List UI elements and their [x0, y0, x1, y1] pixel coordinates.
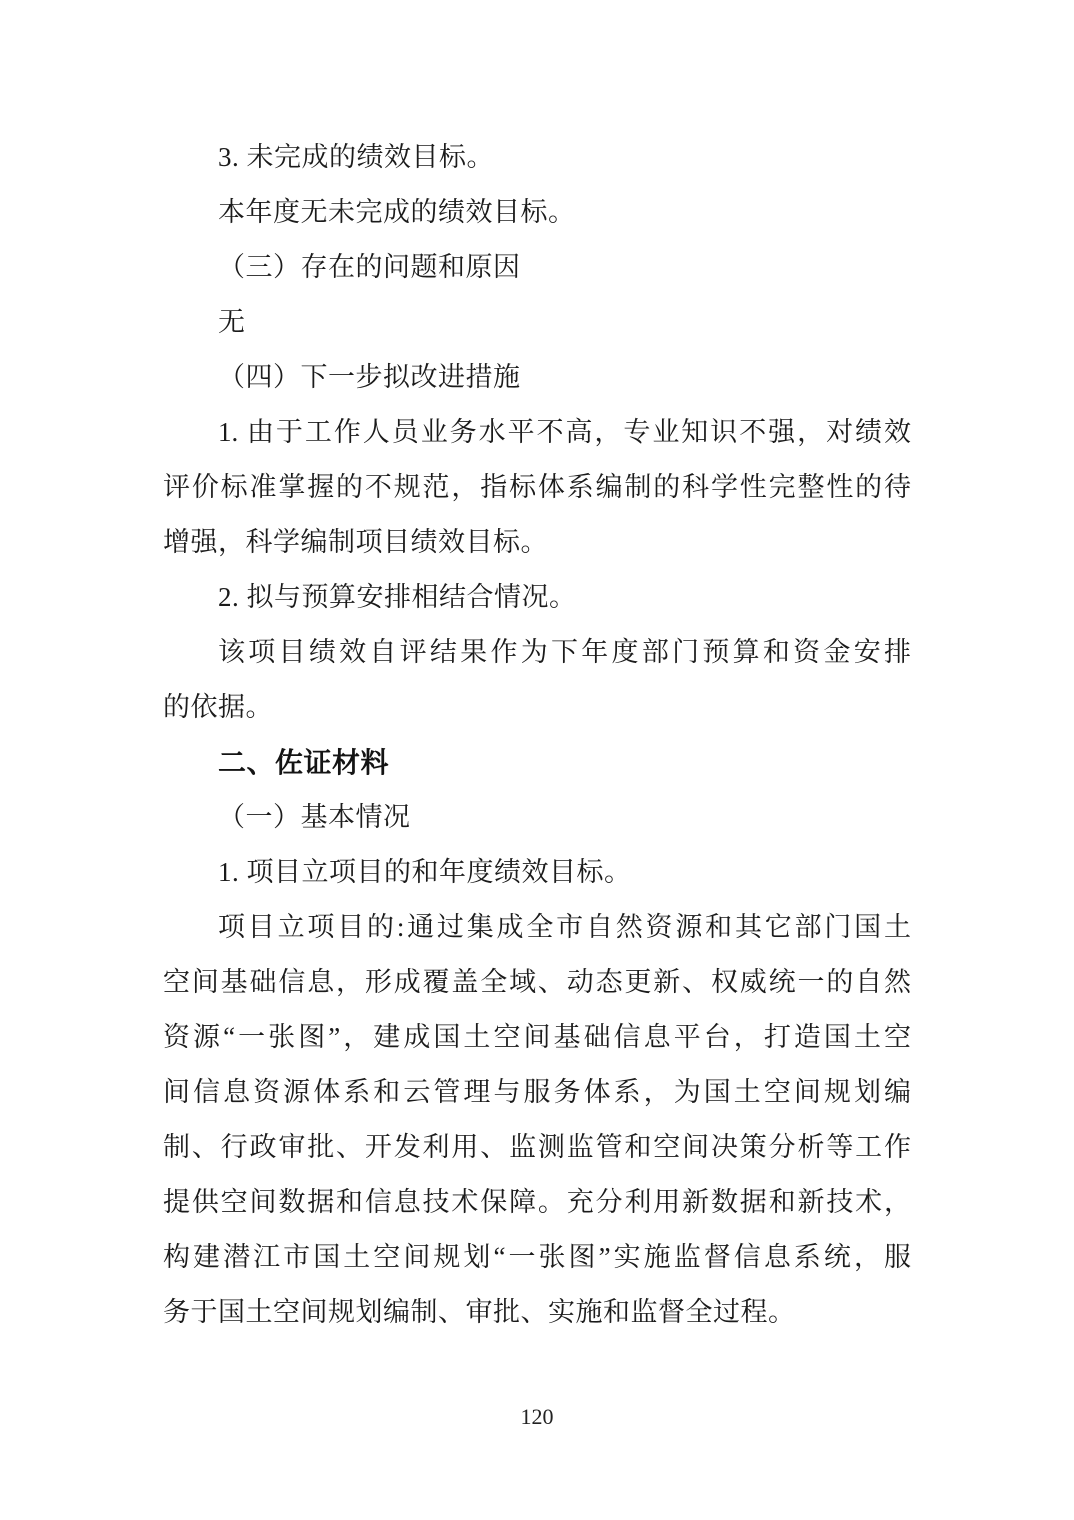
paragraph-line: 3. 未完成的绩效目标。 — [163, 130, 911, 185]
paragraph-line: 该项目绩效自评结果作为下年度部门预算和资金安排 — [163, 625, 911, 680]
paragraph-line: 提供空间数据和信息技术保障。充分利用新数据和新技术， — [163, 1175, 911, 1230]
paragraph-line: 1. 由于工作人员业务水平不高，专业知识不强，对绩效 — [163, 405, 911, 460]
subsection-heading-3: （三）存在的问题和原因 — [163, 240, 911, 295]
paragraph-line: 增强，科学编制项目绩效目标。 — [163, 515, 911, 570]
paragraph-line: 无 — [163, 295, 911, 350]
paragraph-line: 本年度无未完成的绩效目标。 — [163, 185, 911, 240]
page-number: 120 — [0, 1402, 1074, 1432]
paragraph-line: 构建潜江市国土空间规划“一张图”实施监督信息系统，服 — [163, 1230, 911, 1285]
document-body: 3. 未完成的绩效目标。 本年度无未完成的绩效目标。 （三）存在的问题和原因 无… — [163, 130, 911, 1340]
paragraph-line: 的依据。 — [163, 680, 911, 735]
paragraph-line: 务于国土空间规划编制、审批、实施和监督全过程。 — [163, 1285, 911, 1340]
paragraph-line: 制、行政审批、开发利用、监测监管和空间决策分析等工作 — [163, 1120, 911, 1175]
subsection-heading-1: （一）基本情况 — [163, 790, 911, 845]
paragraph-line: 1. 项目立项目的和年度绩效目标。 — [163, 845, 911, 900]
document-page: 3. 未完成的绩效目标。 本年度无未完成的绩效目标。 （三）存在的问题和原因 无… — [0, 0, 1074, 1520]
paragraph-line: 2. 拟与预算安排相结合情况。 — [163, 570, 911, 625]
paragraph-line: 间信息资源体系和云管理与服务体系，为国土空间规划编 — [163, 1065, 911, 1120]
paragraph-line: 空间基础信息，形成覆盖全域、动态更新、权威统一的自然 — [163, 955, 911, 1010]
subsection-heading-4: （四）下一步拟改进措施 — [163, 350, 911, 405]
paragraph-line: 评价标准掌握的不规范，指标体系编制的科学性完整性的待 — [163, 460, 911, 515]
paragraph-line: 项目立项目的:通过集成全市自然资源和其它部门国土 — [163, 900, 911, 955]
paragraph-line: 资源“一张图”，建成国土空间基础信息平台，打造国土空 — [163, 1010, 911, 1065]
section-heading-evidence: 二、佐证材料 — [163, 735, 911, 790]
